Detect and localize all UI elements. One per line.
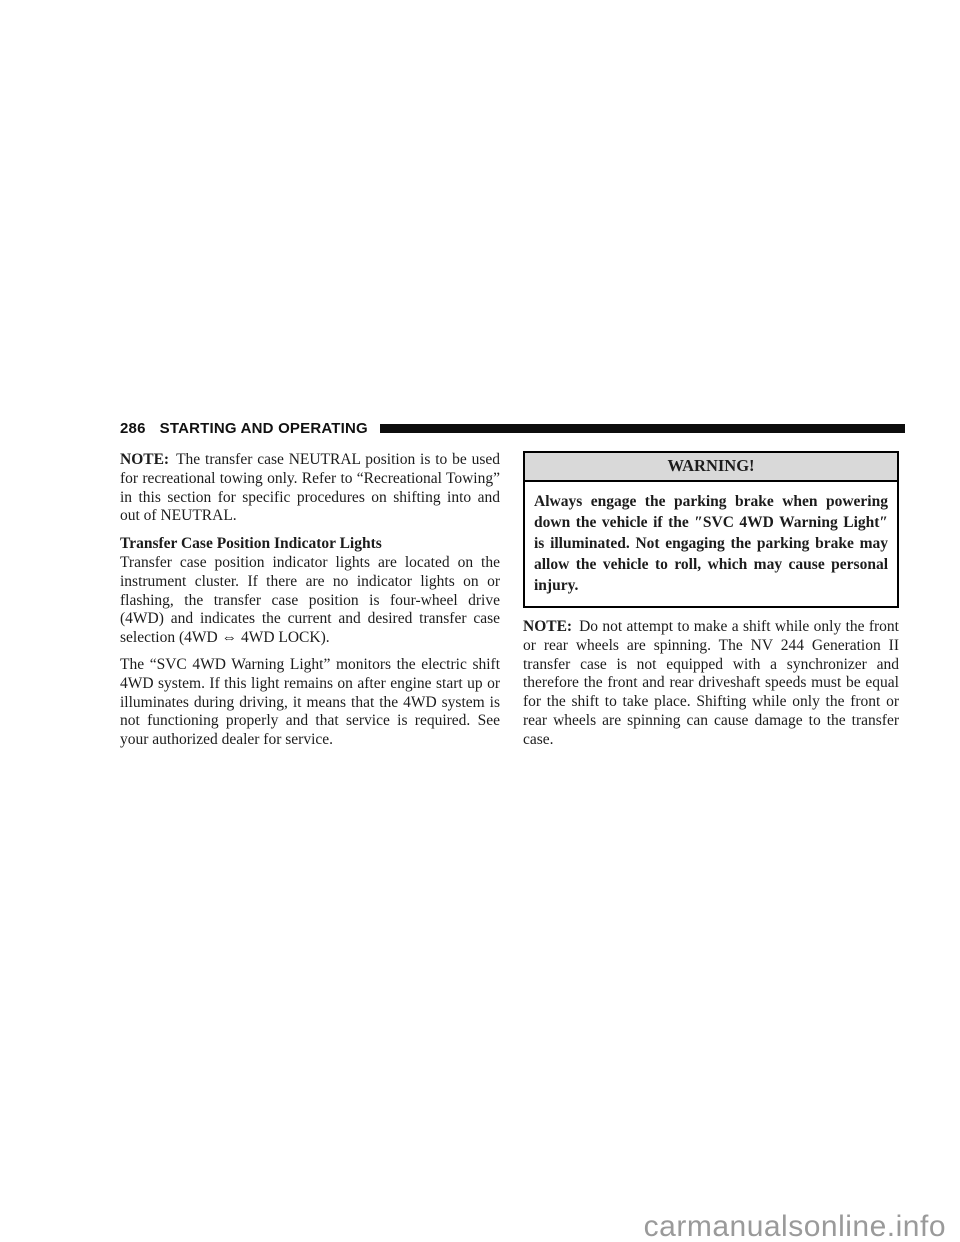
header-rule-bar: [380, 424, 905, 433]
right-column: WARNING! Always engage the parking brake…: [523, 451, 899, 758]
two-column-layout: NOTE:The transfer case NEUTRAL position …: [120, 451, 905, 758]
warning-box-title: WARNING!: [525, 453, 897, 482]
note-text: The transfer case NEUTRAL position is to…: [120, 451, 500, 524]
warning-box: WARNING! Always engage the parking brake…: [523, 451, 899, 608]
warning-box-body: Always engage the parking brake when pow…: [525, 482, 897, 606]
note-paragraph-neutral: NOTE:The transfer case NEUTRAL position …: [120, 451, 500, 526]
section-subheading: Transfer Case Position Indicator Lights: [120, 535, 500, 554]
paragraph-indicator-lights: Transfer case position indicator lights …: [120, 554, 500, 648]
note-label: NOTE:: [120, 451, 176, 468]
note-text: Do not attempt to make a shift while onl…: [523, 618, 899, 748]
left-column: NOTE:The transfer case NEUTRAL position …: [120, 451, 500, 758]
page-number: 286: [120, 420, 146, 437]
note-paragraph-shift: NOTE:Do not attempt to make a shift whil…: [523, 618, 899, 750]
note-label: NOTE:: [523, 618, 579, 635]
running-header: 286 STARTING AND OPERATING: [120, 419, 905, 437]
paragraph-svc-warning-light: The “SVC 4WD Warning Light” monitors the…: [120, 656, 500, 750]
page-content: 286 STARTING AND OPERATING NOTE:The tran…: [120, 419, 905, 758]
section-title: STARTING AND OPERATING: [160, 420, 368, 437]
watermark: carmanualsonline.info: [644, 1210, 946, 1242]
manual-page: 286 STARTING AND OPERATING NOTE:The tran…: [0, 0, 960, 1242]
